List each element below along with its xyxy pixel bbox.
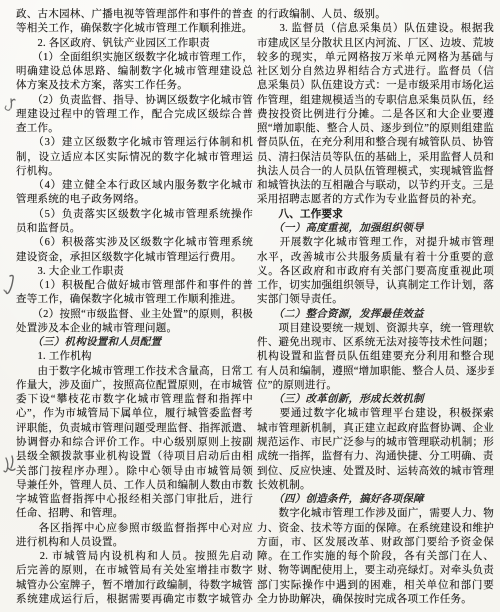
text-line: 息采集员）队伍建设方式：一是市级采用市场化运 <box>257 79 494 93</box>
text-line: 义。各区政府和市政府有关部门要高度重视此项 <box>257 265 494 279</box>
text-line: 3. 大企业工作职责 <box>16 265 253 279</box>
text-line: 体方案及技术方案，落实工作任务。 <box>16 79 253 93</box>
text-line: 部门实际操作中遇到的困难，相关单位和部门要 <box>257 579 494 593</box>
text-line: 执法人员合一的人员队伍管理模式，实现城管监督 <box>257 165 494 179</box>
text-line: 制，设立适应本区实际情况的数字化城市管理运 <box>16 151 253 165</box>
text-line: 查工作。 <box>16 122 253 136</box>
handwritten-margin-mark <box>3 96 17 114</box>
text-line: 委下设“攀枝花市数字化城市管理监督和指挥中 <box>16 393 253 407</box>
text-line: 行机构。 <box>16 165 253 179</box>
text-line: 财、物等调配使用上，要主动亮绿灯。对牵头负责 <box>257 564 494 578</box>
text-line: 城管办公室牌子，暂不增加行政编制，待数字城管 <box>16 579 253 593</box>
text-line: 力、资金、技术等方面的保障。在系统建设和维护 <box>257 522 494 536</box>
text-line: 县级全额拨款事业机构设置（待项目启动后由相 <box>16 450 253 464</box>
text-line: 位”的原则进行。 <box>257 379 494 393</box>
text-line: 员和监督员。 <box>16 222 253 236</box>
text-line: 项目建设要统一规划、资源共享，统一管理软 <box>257 322 494 336</box>
text-line: 实部门领导责任。 <box>257 293 494 307</box>
text-line: 任命、招聘、和管理。 <box>16 507 253 521</box>
text-line: 建设资金，承担区级数字化城市管理运行费用。 <box>16 251 253 265</box>
handwritten-margin-mark <box>1 272 17 296</box>
text-line: 政、古木园林、广播电视等管理部件和事件的普查 <box>16 8 253 22</box>
text-line: 2. 各区政府、钒钛产业园区工作职责 <box>16 37 253 51</box>
text-line: 件、避免出现市、区系统无法对接等技术性问题； <box>257 336 494 350</box>
text-line: 关部门按程序办理）。除中心领导由市城管局领 <box>16 465 253 479</box>
text-line: 各区指挥中心应参照市级监督指挥中心对应 <box>16 522 253 536</box>
text-line: 水平，改善城市公共服务质量有着十分重要的意 <box>257 251 494 265</box>
text-line: 查等工作，确保数字化城市管理工作顺利推进。 <box>16 293 253 307</box>
text-line: 导兼任外，管理人员、工作人员和编制人数由市数 <box>16 479 253 493</box>
text-line: 长效机制。 <box>257 479 494 493</box>
text-line: 有人员和编制，遵照“增加职能、整合人员、逐步到 <box>257 365 494 379</box>
text-line: 等相关工作，确保数字化城市管理工作顺利推进。 <box>16 22 253 36</box>
text-line: 全力协助解决，确保按时完成各项工作任务。 <box>257 593 494 607</box>
text-line: 八、工作要求 <box>257 208 494 222</box>
text-line: （三）机构设置和人员配置 <box>16 336 253 350</box>
text-line: 到位、反应快速、处置及时、运转高效的城市管理 <box>257 465 494 479</box>
text-line: 管理系统的电子政务网络。 <box>16 193 253 207</box>
text-line: 规范运作、市民广泛参与的城市管理联动机制；形 <box>257 436 494 450</box>
text-line: （5）负责落实区级数字化城市管理系统操作 <box>16 208 253 222</box>
text-line: 2. 市城管局内设机构和人员。按照先启动 <box>16 550 253 564</box>
text-line: 要通过数字化城市管理平台建设，积极探索 <box>257 407 494 421</box>
text-line: 数字化城市管理工作涉及面广，需要人力、物 <box>257 507 494 521</box>
text-line: 后完善的原则，在市城管局有关处室增挂市数字 <box>16 564 253 578</box>
text-line: （4）建立健全本行政区域内服务数字化城市 <box>16 179 253 193</box>
text-line: 照“增加职能、整合人员、逐步到位”的原则组建监 <box>257 122 494 136</box>
text-line: （2）按照“市级监督、业主处置”的原则，积极 <box>16 308 253 322</box>
text-line: 进行机构和人员设置。 <box>16 536 253 550</box>
text-line: （一）高度重视，加强组织领导 <box>257 222 494 236</box>
text-line: 采用招聘志愿者的方式作为专业监督员的补充。 <box>257 193 494 207</box>
text-line: 理建设过程中的管理工作，配合完成区级综合普 <box>16 108 253 122</box>
text-line: 1. 工作机构 <box>16 350 253 364</box>
text-line: （2）负责监督、指导、协调区级数字化城市管 <box>16 94 253 108</box>
text-line: 由于数字化城市管理工作技术含量高，日常工 <box>16 365 253 379</box>
text-line: （1）积极配合做好城市管理部件和事件的普 <box>16 279 253 293</box>
text-line: 督员队伍，在充分利用和整合现有城管队员、协管 <box>257 136 494 150</box>
text-line: 协调督办和综合评价工作。中心级别原则上按副 <box>16 436 253 450</box>
text-line: 作管理，组建规模适当的专职信息采集员队伍，经 <box>257 94 494 108</box>
text-column-left: 政、古木园林、广播电视等管理部件和事件的普查等相关工作，确保数字化城市管理工作顺… <box>16 8 253 607</box>
text-line: 城市管理新机制，真正建立起政府监督协调、企业 <box>257 422 494 436</box>
text-line: （6）积极落实涉及区级数字化城市管理系统 <box>16 236 253 250</box>
text-line: 的行政编制、人员、级别。 <box>257 8 494 22</box>
text-line: 3. 监督员（信息采集员）队伍建设。根据我 <box>257 22 494 36</box>
text-line: 费按投资比例进行分摊。二是各区和大企业要遵 <box>257 108 494 122</box>
text-line: 障。在工作实施的每个阶段，各有关部门在人、 <box>257 550 494 564</box>
text-column-right: 的行政编制、人员、级别。 3. 监督员（信息采集员）队伍建设。根据我市建成区呈分… <box>257 8 494 607</box>
text-line: 评职能，负责城市管理问题受理监督、指挥派遣、 <box>16 422 253 436</box>
text-line: 社区划分自然边界相结合方式进行。监督员（信 <box>257 65 494 79</box>
text-line: 字城管监督指挥中心报经相关部门审批后，进行 <box>16 493 253 507</box>
text-line: 作量大，涉及面广，按照高位配置原则，在市城管 <box>16 379 253 393</box>
text-line: 成统一指挥，监督有力、沟通快捷、分工明确、责任 <box>257 450 494 464</box>
text-line: （3）建立区级数字化城市管理运行体制和机 <box>16 136 253 150</box>
text-line: （三）改革创新，形成长效机制 <box>257 393 494 407</box>
text-line: （二）整合资源，发挥最佳效益 <box>257 308 494 322</box>
text-line: 开展数字化城市管理工作，对提升城市管理 <box>257 236 494 250</box>
text-line: 工作，切实加强组织领导，认真制定工作计划，落 <box>257 279 494 293</box>
text-line: 明确建设总体思路、编制数字化城市管理建设总 <box>16 65 253 79</box>
text-line: 方面，市、区发展改革、财政部门要给予资金保 <box>257 536 494 550</box>
text-line: 员、清扫保洁员等队伍的基础上，采用监督人员和 <box>257 151 494 165</box>
text-line: 系统建成运行后，根据需要再确定市数字城管办 <box>16 593 253 607</box>
text-line: 心”，作为市城管局下属单位，履行城管委监督考 <box>16 407 253 421</box>
text-line: （四）创造条件，搞好各项保障 <box>257 493 494 507</box>
text-line: （1）全面组织实施区级数字化城市管理工作， <box>16 51 253 65</box>
document-page: 政、古木园林、广播电视等管理部件和事件的普查等相关工作，确保数字化城市管理工作顺… <box>0 0 500 612</box>
text-line: 机构设置和监督员队伍组建要充分利用和整合现 <box>257 350 494 364</box>
text-line: 较多的现实，单元网格按万米单元网格为基础与 <box>257 51 494 65</box>
text-line: 和城管执法的互相融合与联动，以节约开支。三是 <box>257 179 494 193</box>
text-line: 市建成区呈分散状且区内河流、厂区、边坡、荒坡 <box>257 37 494 51</box>
text-line: 处置涉及本企业的城市管理问题。 <box>16 322 253 336</box>
